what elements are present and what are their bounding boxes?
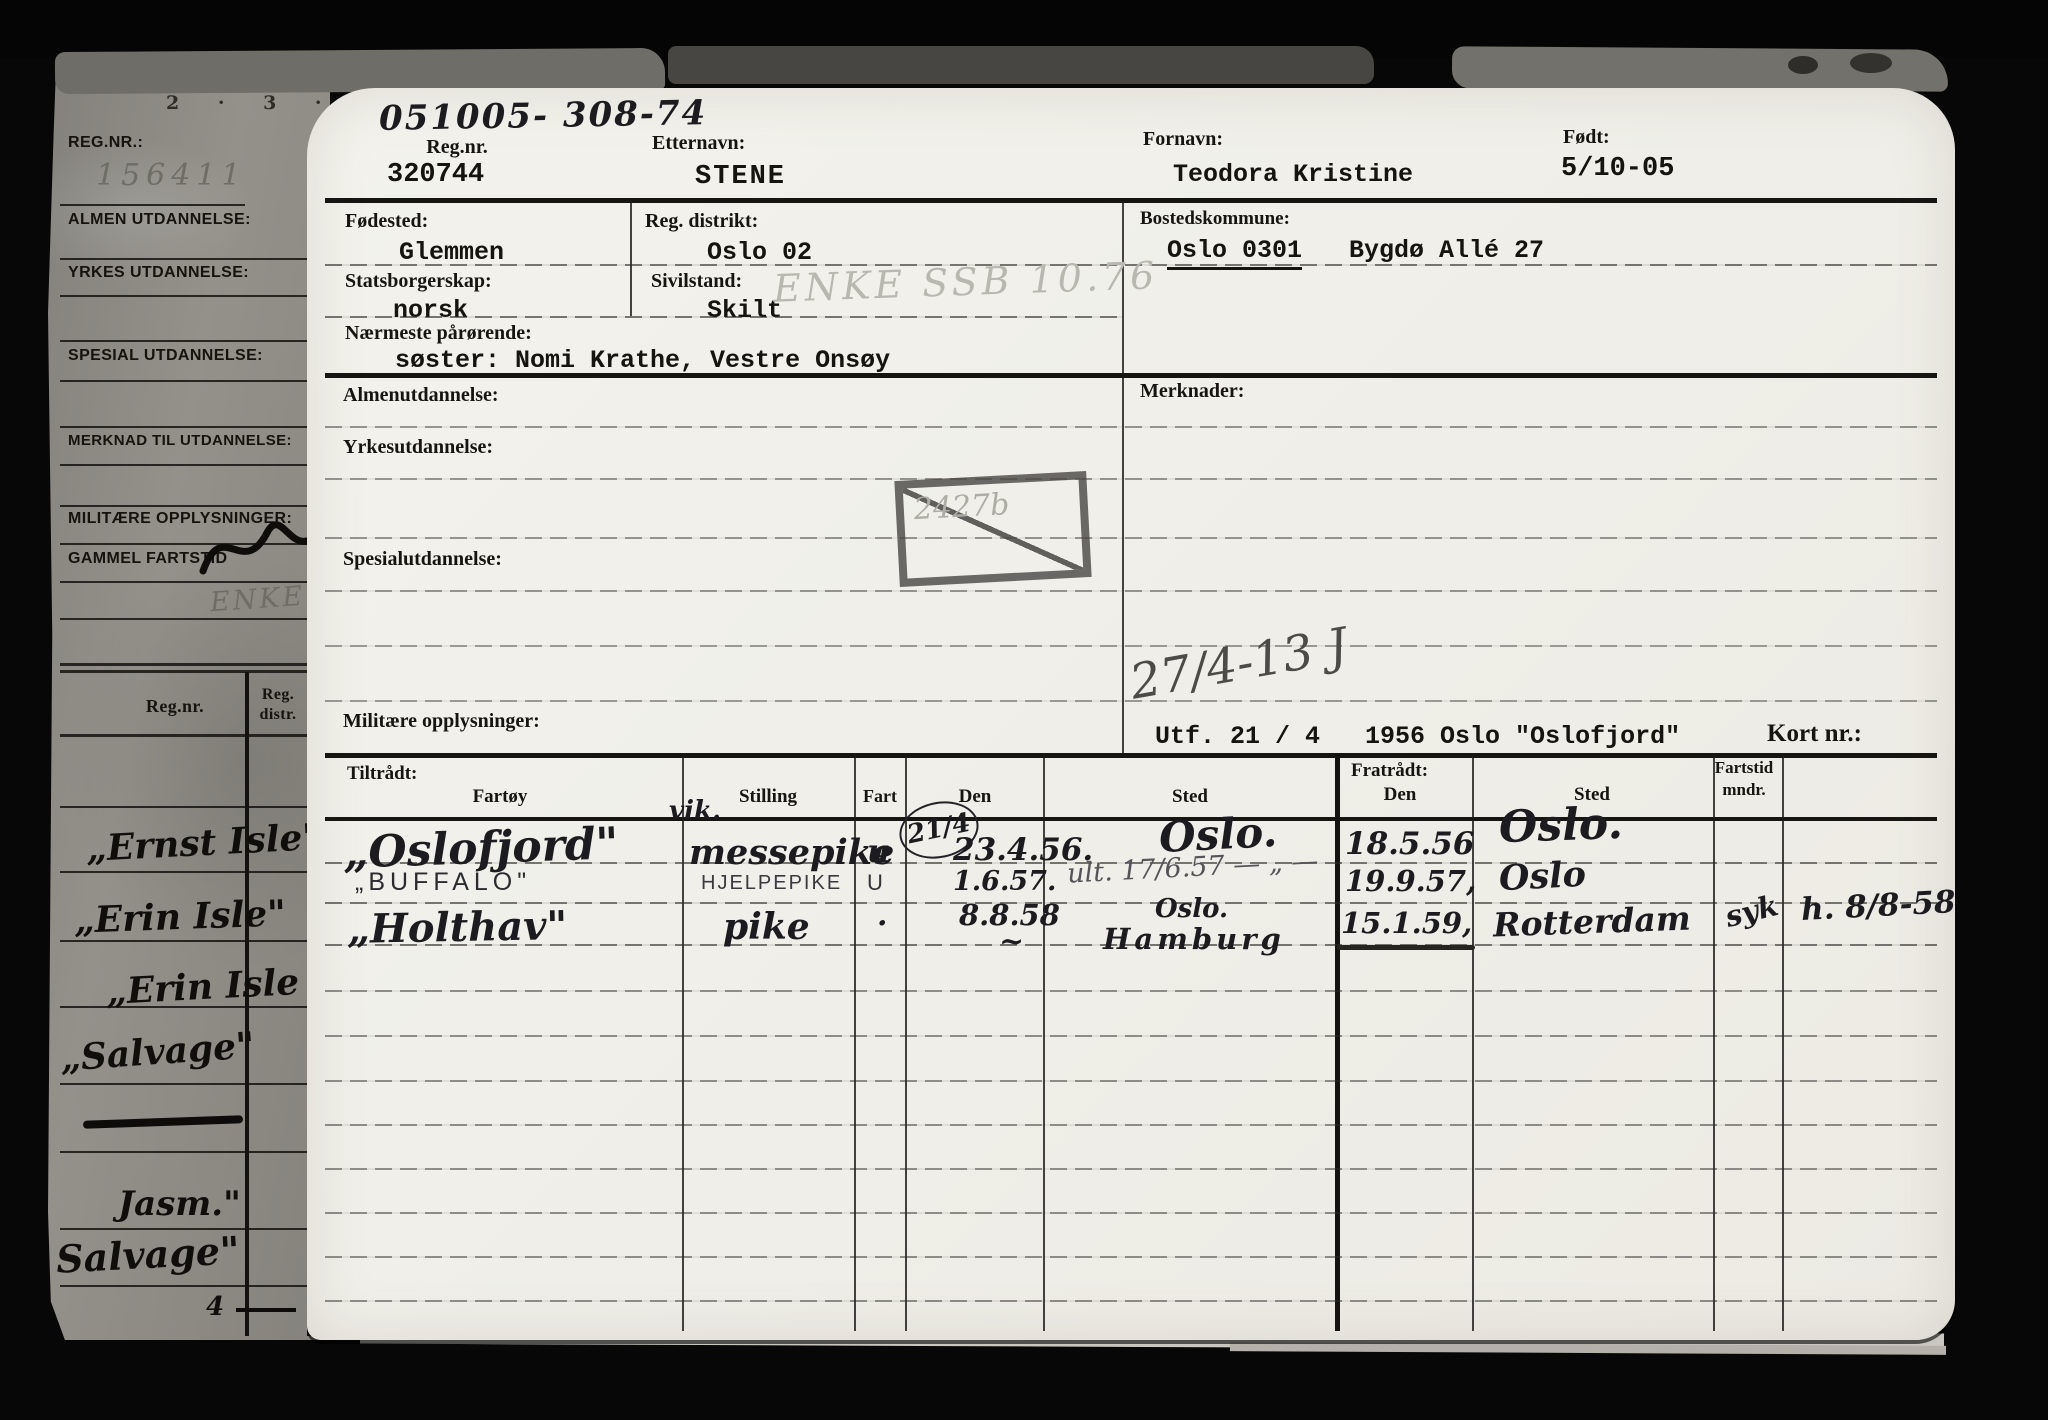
col-fartoy: Fartøy xyxy=(425,786,575,808)
divider xyxy=(60,505,318,507)
paper-mark xyxy=(1788,56,1818,74)
column-line xyxy=(1782,753,1784,1331)
cancellation-stamp: 2427b xyxy=(894,471,1091,587)
reg-nr-label: Reg.nr. xyxy=(407,136,507,159)
old-label-yrkes: YRKES UTDANNELSE: xyxy=(68,264,249,282)
col-mndr: mndr. xyxy=(1707,780,1781,800)
old-entry: „Ernst Isle" xyxy=(85,816,322,870)
old-entry: „Erin Isle" xyxy=(73,892,286,941)
col-stilling: Stilling xyxy=(708,786,828,808)
col-fartstid: Fartstid xyxy=(1707,758,1781,778)
row3-sted-note: Oslo. xyxy=(1155,894,1228,924)
divider xyxy=(60,618,318,620)
divider xyxy=(60,464,318,466)
col-fart: Fart xyxy=(855,786,905,807)
row1-fart: u xyxy=(867,832,890,870)
rule-line xyxy=(325,316,1122,318)
row1-stilling-note: vik. xyxy=(669,796,721,826)
row-line xyxy=(325,990,1937,992)
section-line xyxy=(325,753,1937,758)
fodt-label: Født: xyxy=(1563,126,1610,149)
old-entry: 4 xyxy=(206,1292,224,1322)
old-table-col2a: Reg. xyxy=(250,686,306,704)
divider xyxy=(60,340,318,342)
pencil-date-note: 27/4-13 J xyxy=(1126,617,1352,710)
row3-sted: Hamburg xyxy=(1103,922,1285,956)
row1-fra-sted: Oslo. xyxy=(1498,798,1623,853)
etternavn-value: STENE xyxy=(695,162,786,192)
fodested-value: Glemmen xyxy=(399,238,504,267)
section-line xyxy=(325,198,1937,203)
row-line xyxy=(60,1083,330,1085)
row-line xyxy=(60,1285,330,1287)
fratradt-label: Fratrådt: xyxy=(1351,760,1428,782)
divider xyxy=(60,380,318,382)
bosted-adresse-value: Bygdø Allé 27 xyxy=(1349,236,1544,265)
bosted-label: Bostedskommune: xyxy=(1140,208,1290,230)
ink-stroke xyxy=(236,1308,296,1312)
old-table-col1: Reg.nr. xyxy=(110,696,240,717)
row-line xyxy=(325,1256,1937,1258)
fornavn-label: Fornavn: xyxy=(1143,128,1223,151)
background-old-card: 2 · 3 · 4 REG.NR.: 156411 ALMEN UTDANNEL… xyxy=(48,56,330,1340)
sivilstand-label: Sivilstand: xyxy=(651,270,742,293)
row-line xyxy=(60,871,330,873)
column-line xyxy=(1713,753,1715,1331)
row3-merknad: h. 8/8-58 xyxy=(1800,884,1956,928)
statsborgerskap-label: Statsborgerskap: xyxy=(345,270,492,293)
row2-stilling: HJELPEPIKE xyxy=(701,872,842,895)
col-den2: Den xyxy=(1365,784,1435,806)
row1-stilling: messepike xyxy=(689,832,894,873)
rule-line xyxy=(325,645,1937,647)
row3-fartoy: „Holthav" xyxy=(347,902,568,953)
fodt-value: 5/10-05 xyxy=(1561,154,1674,184)
row3-fra-sted: Rotterdam xyxy=(1492,899,1691,945)
old-label-almen: ALMEN UTDANNELSE: xyxy=(68,211,251,229)
divider xyxy=(60,295,318,297)
old-entry: Salvage" xyxy=(55,1227,241,1282)
distrikt-label: Reg. distrikt: xyxy=(645,210,758,233)
torn-paper-edge xyxy=(668,46,1374,84)
row2-den: 1.6.57. xyxy=(953,866,1056,897)
parorende-label: Nærmeste pårørende: xyxy=(345,322,532,345)
paper-mark xyxy=(1850,53,1892,73)
row2-fart: U xyxy=(867,870,883,896)
rule-line xyxy=(325,537,1937,539)
ink-underline xyxy=(1337,945,1475,950)
old-entry: Jasm." xyxy=(118,1184,241,1224)
distrikt-value: Oslo 02 xyxy=(707,238,812,267)
row1-fra-den: 18.5.56 xyxy=(1345,826,1474,862)
old-reg-nr-value: 156411 xyxy=(96,158,247,193)
scanned-register-card-page: 2 · 3 · 4 REG.NR.: 156411 ALMEN UTDANNEL… xyxy=(0,0,2048,1420)
militaere-label: Militære opplysninger: xyxy=(343,710,540,733)
statsborgerskap-value: norsk xyxy=(393,296,468,325)
rule-line xyxy=(325,426,1937,428)
parorende-value: søster: Nomi Krathe, Vestre Onsøy xyxy=(395,346,890,375)
divider xyxy=(60,670,330,673)
rule-line xyxy=(325,590,1937,592)
divider xyxy=(60,734,330,737)
col-sted: Sted xyxy=(1115,786,1265,808)
merknader-label: Merknader: xyxy=(1140,380,1244,403)
reg-nr-value: 320744 xyxy=(387,160,484,190)
divider xyxy=(60,663,330,666)
old-label-spesial: SPESIAL UTDANNELSE: xyxy=(68,347,263,365)
row-line xyxy=(60,806,330,808)
row-line xyxy=(325,1168,1937,1170)
row2-fartoy: „BUFFALO" xyxy=(355,868,531,897)
rule-line xyxy=(325,478,1937,480)
row2-sted-pencil: ult. 17/6.57 — „ — xyxy=(1066,845,1319,889)
row2-fra-den: 19.9.57, xyxy=(1345,864,1476,898)
column-line-thick xyxy=(1335,753,1340,1331)
divider xyxy=(60,258,318,260)
yrkes-label: Yrkesutdannelse: xyxy=(343,436,493,459)
row-line xyxy=(325,1124,1937,1126)
sivilstand-value: Skilt xyxy=(707,296,782,325)
row2-fra-sted: Oslo xyxy=(1498,854,1587,899)
row3-den-note: ~ xyxy=(999,924,1024,959)
fornavn-value: Teodora Kristine xyxy=(1173,160,1413,189)
kort-nr-label: Kort nr.: xyxy=(1767,720,1862,748)
divider xyxy=(60,426,318,428)
row3-fra-den: 15.1.59, xyxy=(1341,906,1472,940)
section-line xyxy=(325,373,1937,378)
row-line xyxy=(60,1151,330,1153)
column-line xyxy=(682,753,684,1331)
stamp-pencil-number: 2427b xyxy=(913,487,1010,527)
pencil-enke-note: ENKE SSB 10.76 xyxy=(772,253,1159,310)
divider xyxy=(60,204,245,206)
row3-stilling: pike xyxy=(723,906,810,948)
old-pencil-enke: ENKE xyxy=(209,581,306,619)
row-line xyxy=(325,1300,1937,1302)
register-card: 051005- 308-74 Reg.nr. 320744 Etternavn:… xyxy=(307,88,1955,1340)
old-label-merknad: MERKNAD TIL UTDANNELSE: xyxy=(68,432,292,449)
row3-fartstid: syk xyxy=(1722,888,1782,934)
fodested-label: Fødested: xyxy=(345,210,428,233)
almen-label: Almenutdannelse: xyxy=(343,384,499,407)
row-line xyxy=(325,1212,1937,1214)
row3-fart: · xyxy=(877,906,887,941)
row-line xyxy=(325,1035,1937,1037)
rule-line xyxy=(325,700,1937,702)
etternavn-label: Etternavn: xyxy=(652,132,745,155)
row-line xyxy=(325,1080,1937,1082)
ink-stroke xyxy=(83,1115,243,1129)
old-table-col2b: distr. xyxy=(250,706,306,724)
tiltradt-label: Tiltrådt: xyxy=(347,763,417,785)
spesial-label: Spesialutdannelse: xyxy=(343,548,502,571)
old-entry: „Salvage" xyxy=(59,1024,256,1079)
column-line xyxy=(630,200,632,316)
old-reg-nr-label: REG.NR.: xyxy=(68,134,143,152)
utf-line: Utf. 21 / 4 1956 Oslo "Oslofjord" xyxy=(1155,722,1680,751)
